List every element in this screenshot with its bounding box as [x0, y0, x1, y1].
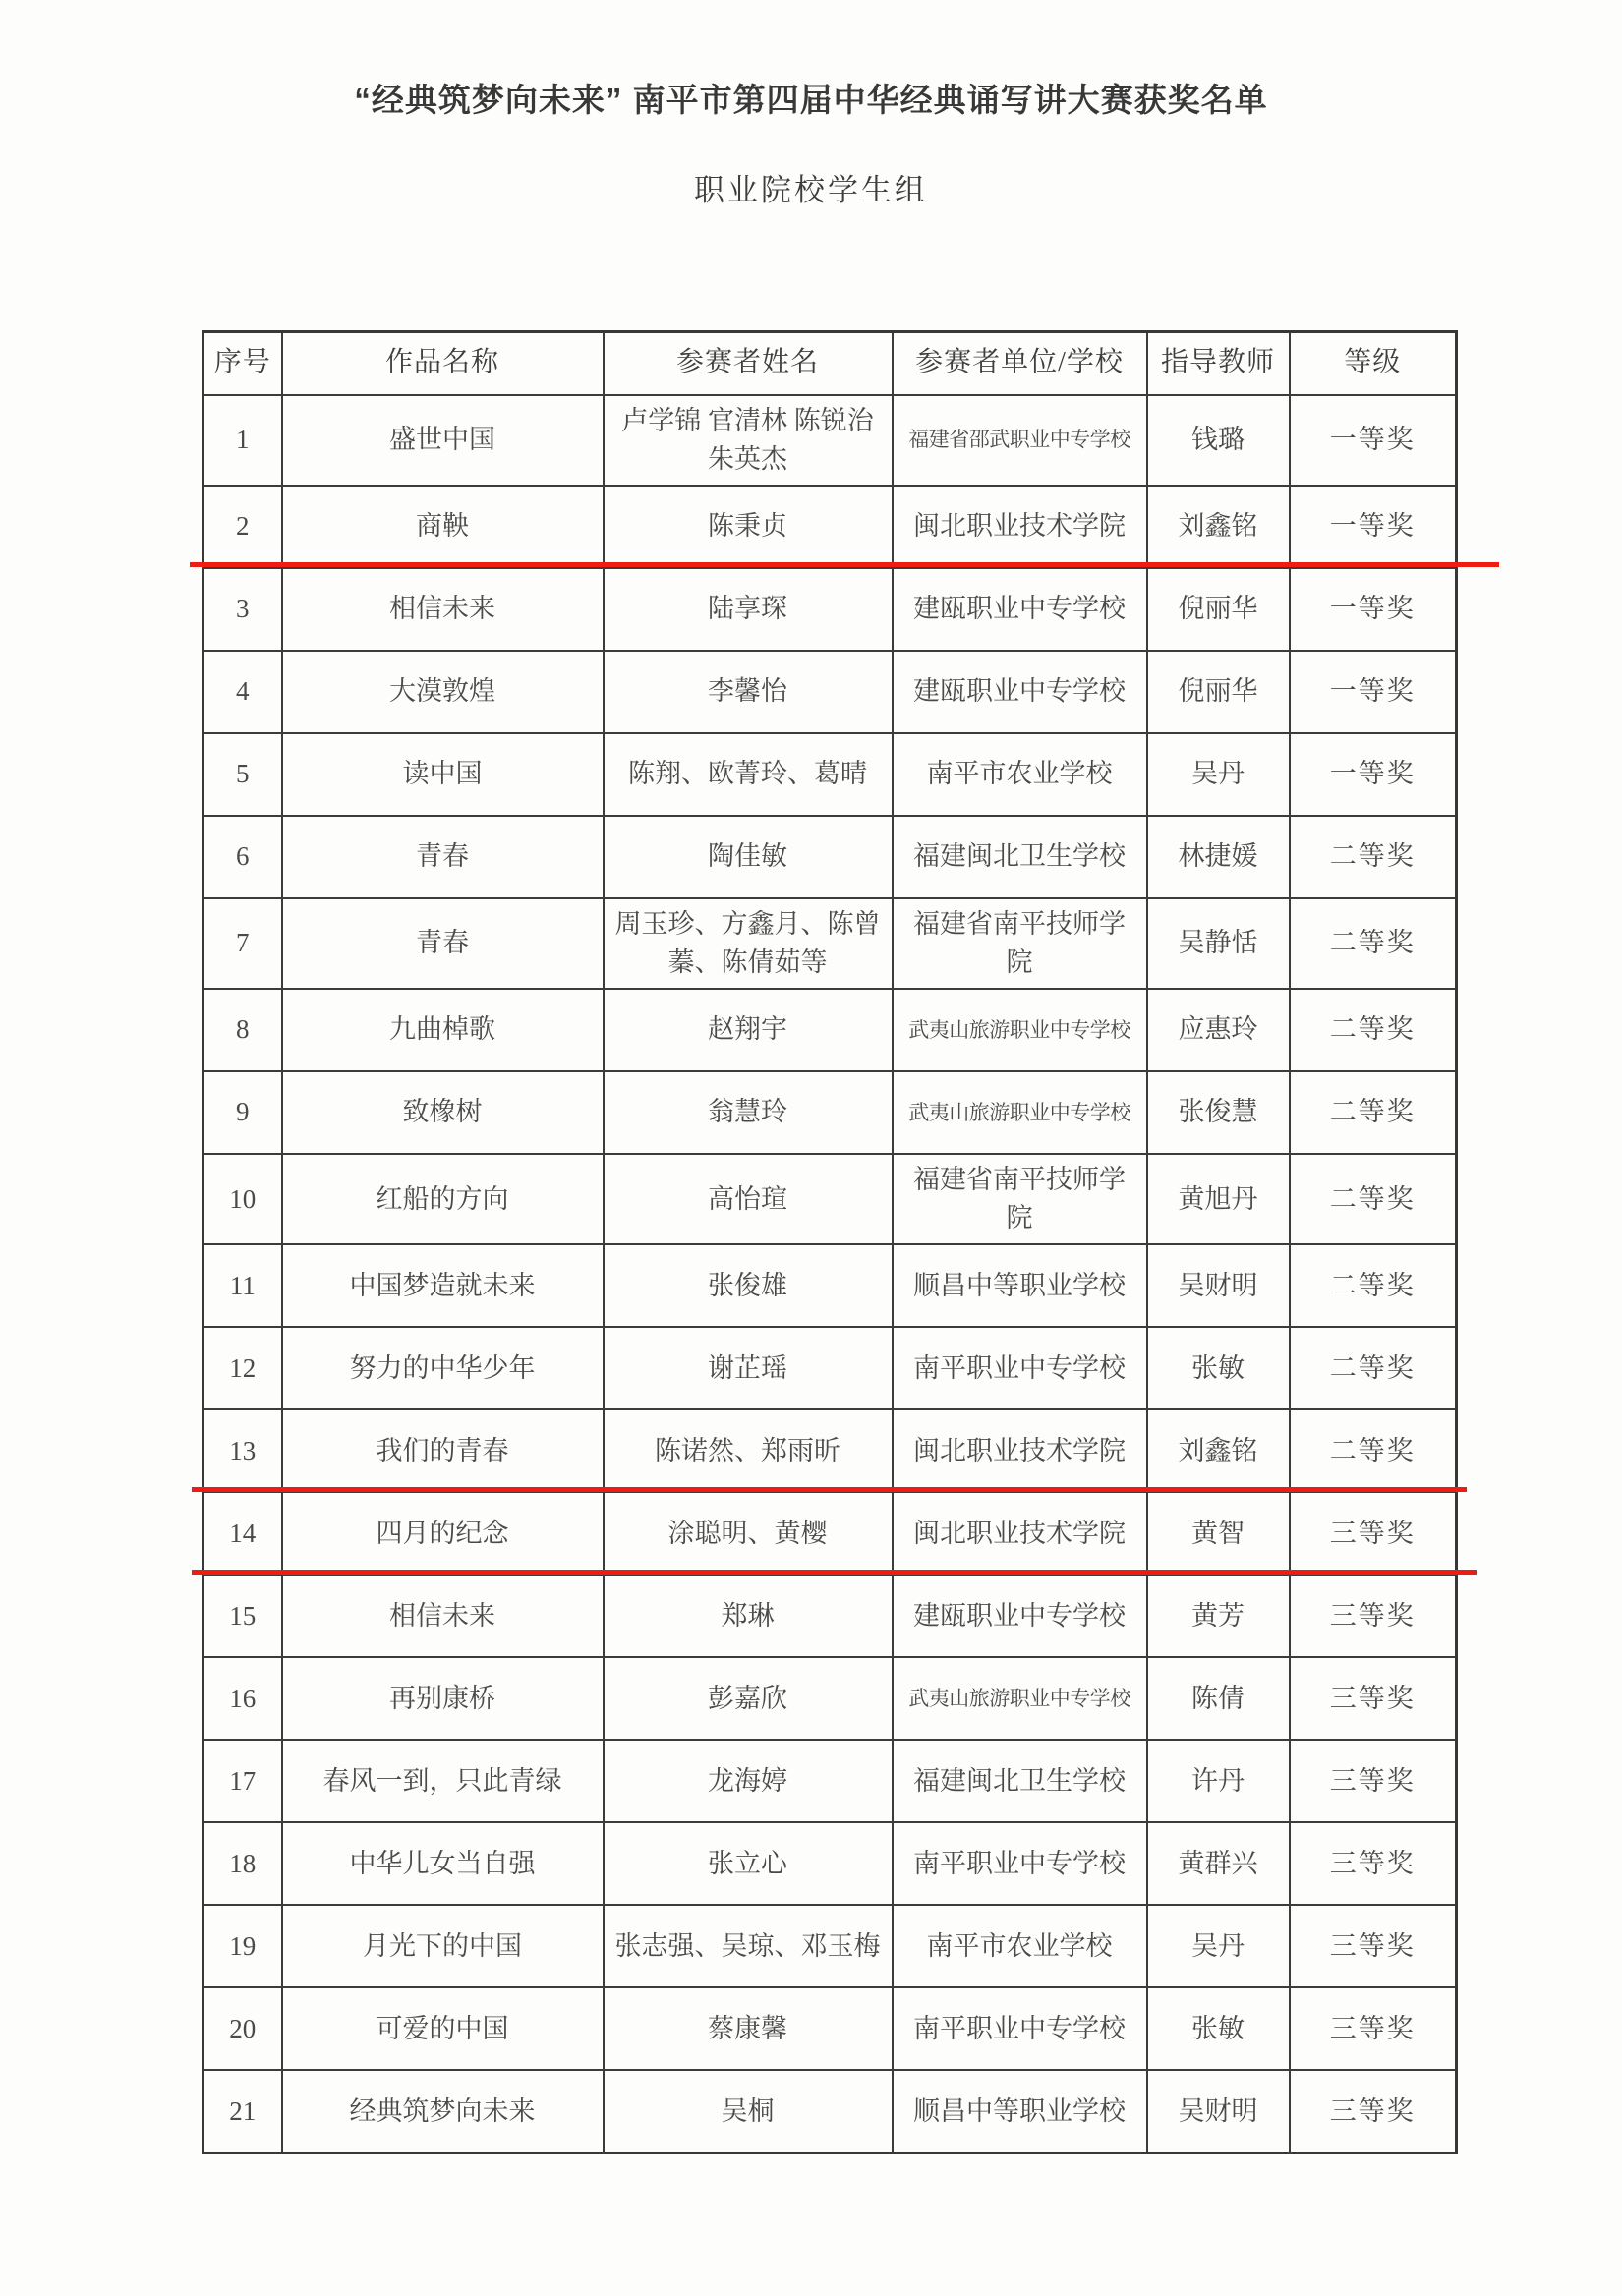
cell-teacher: 刘鑫铭 — [1147, 486, 1290, 568]
cell-grade: 一等奖 — [1290, 733, 1457, 816]
table-row: 3相信未来陆享琛建瓯职业中专学校倪丽华一等奖 — [203, 568, 1457, 651]
cell-grade: 一等奖 — [1290, 395, 1457, 486]
cell-school: 福建省南平技师学院 — [893, 1154, 1147, 1244]
cell-teacher: 张敏 — [1147, 1987, 1290, 2070]
cell-no: 6 — [203, 816, 282, 898]
cell-work: 春风一到，只此青绿 — [282, 1740, 604, 1822]
cell-participants: 吴桐 — [604, 2070, 893, 2152]
cell-participants: 翁慧玲 — [604, 1071, 893, 1154]
cell-school: 闽北职业技术学院 — [893, 486, 1147, 568]
cell-teacher: 吴丹 — [1147, 1905, 1290, 1987]
column-header-school: 参赛者单位/学校 — [893, 332, 1147, 395]
table-row: 11中国梦造就未来张俊雄顺昌中等职业学校吴财明二等奖 — [203, 1244, 1457, 1327]
cell-no: 8 — [203, 989, 282, 1071]
cell-school: 武夷山旅游职业中专学校 — [893, 989, 1147, 1071]
cell-teacher: 黄群兴 — [1147, 1822, 1290, 1905]
cell-participants: 陈诺然、郑雨昕 — [604, 1409, 893, 1492]
cell-participants: 龙海婷 — [604, 1740, 893, 1822]
cell-work: 致橡树 — [282, 1071, 604, 1154]
table-row: 5读中国陈翔、欧菁玲、葛晴南平市农业学校吴丹一等奖 — [203, 733, 1457, 816]
cell-no: 21 — [203, 2070, 282, 2152]
cell-school: 建瓯职业中专学校 — [893, 568, 1147, 651]
cell-school: 顺昌中等职业学校 — [893, 1244, 1147, 1327]
table-row: 9致橡树翁慧玲武夷山旅游职业中专学校张俊慧二等奖 — [203, 1071, 1457, 1154]
table-row: 8九曲棹歌赵翔宇武夷山旅游职业中专学校应惠玲二等奖 — [203, 989, 1457, 1071]
cell-work: 九曲棹歌 — [282, 989, 604, 1071]
cell-no: 7 — [203, 898, 282, 989]
cell-no: 3 — [203, 568, 282, 651]
cell-school: 福建省南平技师学院 — [893, 898, 1147, 989]
cell-participants: 张立心 — [604, 1822, 893, 1905]
cell-grade: 二等奖 — [1290, 1244, 1457, 1327]
cell-teacher: 许丹 — [1147, 1740, 1290, 1822]
table-row: 6青春陶佳敏福建闽北卫生学校林捷媛二等奖 — [203, 816, 1457, 898]
cell-grade: 三等奖 — [1290, 1987, 1457, 2070]
cell-participants: 赵翔宇 — [604, 989, 893, 1071]
cell-grade: 一等奖 — [1290, 568, 1457, 651]
cell-participants: 卢学锦 官清林 陈锐治 朱英杰 — [604, 395, 893, 486]
cell-grade: 二等奖 — [1290, 1409, 1457, 1492]
cell-teacher: 吴财明 — [1147, 1244, 1290, 1327]
table-row: 2商鞅陈秉贞闽北职业技术学院刘鑫铭一等奖 — [203, 486, 1457, 568]
cell-teacher: 倪丽华 — [1147, 651, 1290, 733]
cell-participants: 陆享琛 — [604, 568, 893, 651]
column-header-participants: 参赛者姓名 — [604, 332, 893, 395]
cell-teacher: 张敏 — [1147, 1327, 1290, 1409]
cell-work: 红船的方向 — [282, 1154, 604, 1244]
awards-table: 序号 作品名称 参赛者姓名 参赛者单位/学校 指导教师 等级 1盛世中国卢学锦 … — [202, 330, 1458, 2154]
cell-work: 盛世中国 — [282, 395, 604, 486]
cell-teacher: 黄旭丹 — [1147, 1154, 1290, 1244]
cell-grade: 三等奖 — [1290, 2070, 1457, 2152]
column-header-grade: 等级 — [1290, 332, 1457, 395]
cell-teacher: 吴丹 — [1147, 733, 1290, 816]
cell-work: 经典筑梦向未来 — [282, 2070, 604, 2152]
cell-participants: 周玉珍、方鑫月、陈曾蓁、陈倩茹等 — [604, 898, 893, 989]
cell-work: 四月的纪念 — [282, 1492, 604, 1575]
cell-teacher: 陈倩 — [1147, 1657, 1290, 1740]
cell-work: 中国梦造就未来 — [282, 1244, 604, 1327]
cell-school: 建瓯职业中专学校 — [893, 651, 1147, 733]
cell-grade: 三等奖 — [1290, 1822, 1457, 1905]
table-row: 4大漠敦煌李馨怡建瓯职业中专学校倪丽华一等奖 — [203, 651, 1457, 733]
cell-grade: 一等奖 — [1290, 651, 1457, 733]
cell-no: 20 — [203, 1987, 282, 2070]
document-page: “经典筑梦向未来” 南平市第四届中华经典诵写讲大赛获奖名单 职业院校学生组 序号… — [0, 0, 1622, 2296]
table-row: 20可爱的中国蔡康馨南平职业中专学校张敏三等奖 — [203, 1987, 1457, 2070]
cell-work: 大漠敦煌 — [282, 651, 604, 733]
cell-no: 18 — [203, 1822, 282, 1905]
cell-school: 福建省邵武职业中专学校 — [893, 395, 1147, 486]
table-row: 21经典筑梦向未来吴桐顺昌中等职业学校吴财明三等奖 — [203, 2070, 1457, 2152]
cell-no: 4 — [203, 651, 282, 733]
cell-participants: 涂聪明、黄樱 — [604, 1492, 893, 1575]
table-row: 16再别康桥彭嘉欣武夷山旅游职业中专学校陈倩三等奖 — [203, 1657, 1457, 1740]
column-header-work: 作品名称 — [282, 332, 604, 395]
group-subtitle: 职业院校学生组 — [0, 165, 1622, 209]
cell-school: 南平市农业学校 — [893, 733, 1147, 816]
cell-work: 我们的青春 — [282, 1409, 604, 1492]
cell-teacher: 吴静恬 — [1147, 898, 1290, 989]
cell-grade: 二等奖 — [1290, 1154, 1457, 1244]
cell-teacher: 应惠玲 — [1147, 989, 1290, 1071]
cell-no: 9 — [203, 1071, 282, 1154]
cell-participants: 陶佳敏 — [604, 816, 893, 898]
cell-no: 12 — [203, 1327, 282, 1409]
cell-school: 顺昌中等职业学校 — [893, 2070, 1147, 2152]
cell-work: 相信未来 — [282, 568, 604, 651]
cell-participants: 张俊雄 — [604, 1244, 893, 1327]
cell-grade: 一等奖 — [1290, 486, 1457, 568]
cell-grade: 二等奖 — [1290, 816, 1457, 898]
cell-work: 读中国 — [282, 733, 604, 816]
table-row: 18中华儿女当自强张立心南平职业中专学校黄群兴三等奖 — [203, 1822, 1457, 1905]
cell-participants: 郑琳 — [604, 1575, 893, 1657]
cell-teacher: 黄芳 — [1147, 1575, 1290, 1657]
cell-work: 青春 — [282, 816, 604, 898]
cell-participants: 蔡康馨 — [604, 1987, 893, 2070]
cell-school: 南平职业中专学校 — [893, 1987, 1147, 2070]
cell-no: 14 — [203, 1492, 282, 1575]
cell-grade: 三等奖 — [1290, 1740, 1457, 1822]
cell-teacher: 钱璐 — [1147, 395, 1290, 486]
cell-participants: 彭嘉欣 — [604, 1657, 893, 1740]
cell-participants: 陈翔、欧菁玲、葛晴 — [604, 733, 893, 816]
cell-grade: 二等奖 — [1290, 1071, 1457, 1154]
cell-work: 再别康桥 — [282, 1657, 604, 1740]
table-row: 19月光下的中国张志强、吴琼、邓玉梅南平市农业学校吴丹三等奖 — [203, 1905, 1457, 1987]
cell-no: 1 — [203, 395, 282, 486]
cell-grade: 三等奖 — [1290, 1575, 1457, 1657]
cell-teacher: 张俊慧 — [1147, 1071, 1290, 1154]
cell-school: 武夷山旅游职业中专学校 — [893, 1071, 1147, 1154]
cell-school: 南平职业中专学校 — [893, 1327, 1147, 1409]
cell-work: 相信未来 — [282, 1575, 604, 1657]
cell-work: 商鞅 — [282, 486, 604, 568]
cell-school: 南平市农业学校 — [893, 1905, 1147, 1987]
cell-participants: 张志强、吴琼、邓玉梅 — [604, 1905, 893, 1987]
cell-school: 福建闽北卫生学校 — [893, 816, 1147, 898]
table-row: 13我们的青春陈诺然、郑雨昕闽北职业技术学院刘鑫铭二等奖 — [203, 1409, 1457, 1492]
cell-no: 16 — [203, 1657, 282, 1740]
cell-school: 福建闽北卫生学校 — [893, 1740, 1147, 1822]
cell-work: 青春 — [282, 898, 604, 989]
cell-grade: 三等奖 — [1290, 1657, 1457, 1740]
cell-grade: 三等奖 — [1290, 1492, 1457, 1575]
column-header-teacher: 指导教师 — [1147, 332, 1290, 395]
cell-teacher: 倪丽华 — [1147, 568, 1290, 651]
cell-school: 南平职业中专学校 — [893, 1822, 1147, 1905]
cell-school: 武夷山旅游职业中专学校 — [893, 1657, 1147, 1740]
cell-participants: 高怡瑄 — [604, 1154, 893, 1244]
cell-no: 19 — [203, 1905, 282, 1987]
cell-grade: 二等奖 — [1290, 898, 1457, 989]
cell-participants: 陈秉贞 — [604, 486, 893, 568]
cell-no: 10 — [203, 1154, 282, 1244]
cell-no: 15 — [203, 1575, 282, 1657]
table-row: 12努力的中华少年谢芷瑶南平职业中专学校张敏二等奖 — [203, 1327, 1457, 1409]
cell-grade: 二等奖 — [1290, 1327, 1457, 1409]
table-body: 1盛世中国卢学锦 官清林 陈锐治 朱英杰福建省邵武职业中专学校钱璐一等奖2商鞅陈… — [203, 395, 1457, 2153]
header-row: 序号 作品名称 参赛者姓名 参赛者单位/学校 指导教师 等级 — [203, 332, 1457, 395]
cell-school: 闽北职业技术学院 — [893, 1409, 1147, 1492]
cell-work: 月光下的中国 — [282, 1905, 604, 1987]
table-row: 7青春周玉珍、方鑫月、陈曾蓁、陈倩茹等福建省南平技师学院吴静恬二等奖 — [203, 898, 1457, 989]
cell-school: 闽北职业技术学院 — [893, 1492, 1147, 1575]
table-row: 15相信未来郑琳建瓯职业中专学校黄芳三等奖 — [203, 1575, 1457, 1657]
cell-grade: 二等奖 — [1290, 989, 1457, 1071]
table-row: 17春风一到，只此青绿龙海婷福建闽北卫生学校许丹三等奖 — [203, 1740, 1457, 1822]
document-title: “经典筑梦向未来” 南平市第四届中华经典诵写讲大赛获奖名单 — [0, 75, 1622, 121]
cell-no: 17 — [203, 1740, 282, 1822]
cell-no: 13 — [203, 1409, 282, 1492]
cell-teacher: 吴财明 — [1147, 2070, 1290, 2152]
cell-work: 努力的中华少年 — [282, 1327, 604, 1409]
table-row: 14四月的纪念涂聪明、黄樱闽北职业技术学院黄智三等奖 — [203, 1492, 1457, 1575]
table-row: 1盛世中国卢学锦 官清林 陈锐治 朱英杰福建省邵武职业中专学校钱璐一等奖 — [203, 395, 1457, 486]
cell-participants: 谢芷瑶 — [604, 1327, 893, 1409]
cell-teacher: 林捷媛 — [1147, 816, 1290, 898]
cell-no: 5 — [203, 733, 282, 816]
cell-school: 建瓯职业中专学校 — [893, 1575, 1147, 1657]
cell-participants: 李馨怡 — [604, 651, 893, 733]
cell-no: 2 — [203, 486, 282, 568]
cell-no: 11 — [203, 1244, 282, 1327]
cell-work: 可爱的中国 — [282, 1987, 604, 2070]
awards-table-container: 序号 作品名称 参赛者姓名 参赛者单位/学校 指导教师 等级 1盛世中国卢学锦 … — [202, 330, 1455, 2154]
cell-teacher: 黄智 — [1147, 1492, 1290, 1575]
column-header-no: 序号 — [203, 332, 282, 395]
cell-grade: 三等奖 — [1290, 1905, 1457, 1987]
cell-work: 中华儿女当自强 — [282, 1822, 604, 1905]
cell-teacher: 刘鑫铭 — [1147, 1409, 1290, 1492]
table-row: 10红船的方向高怡瑄福建省南平技师学院黄旭丹二等奖 — [203, 1154, 1457, 1244]
